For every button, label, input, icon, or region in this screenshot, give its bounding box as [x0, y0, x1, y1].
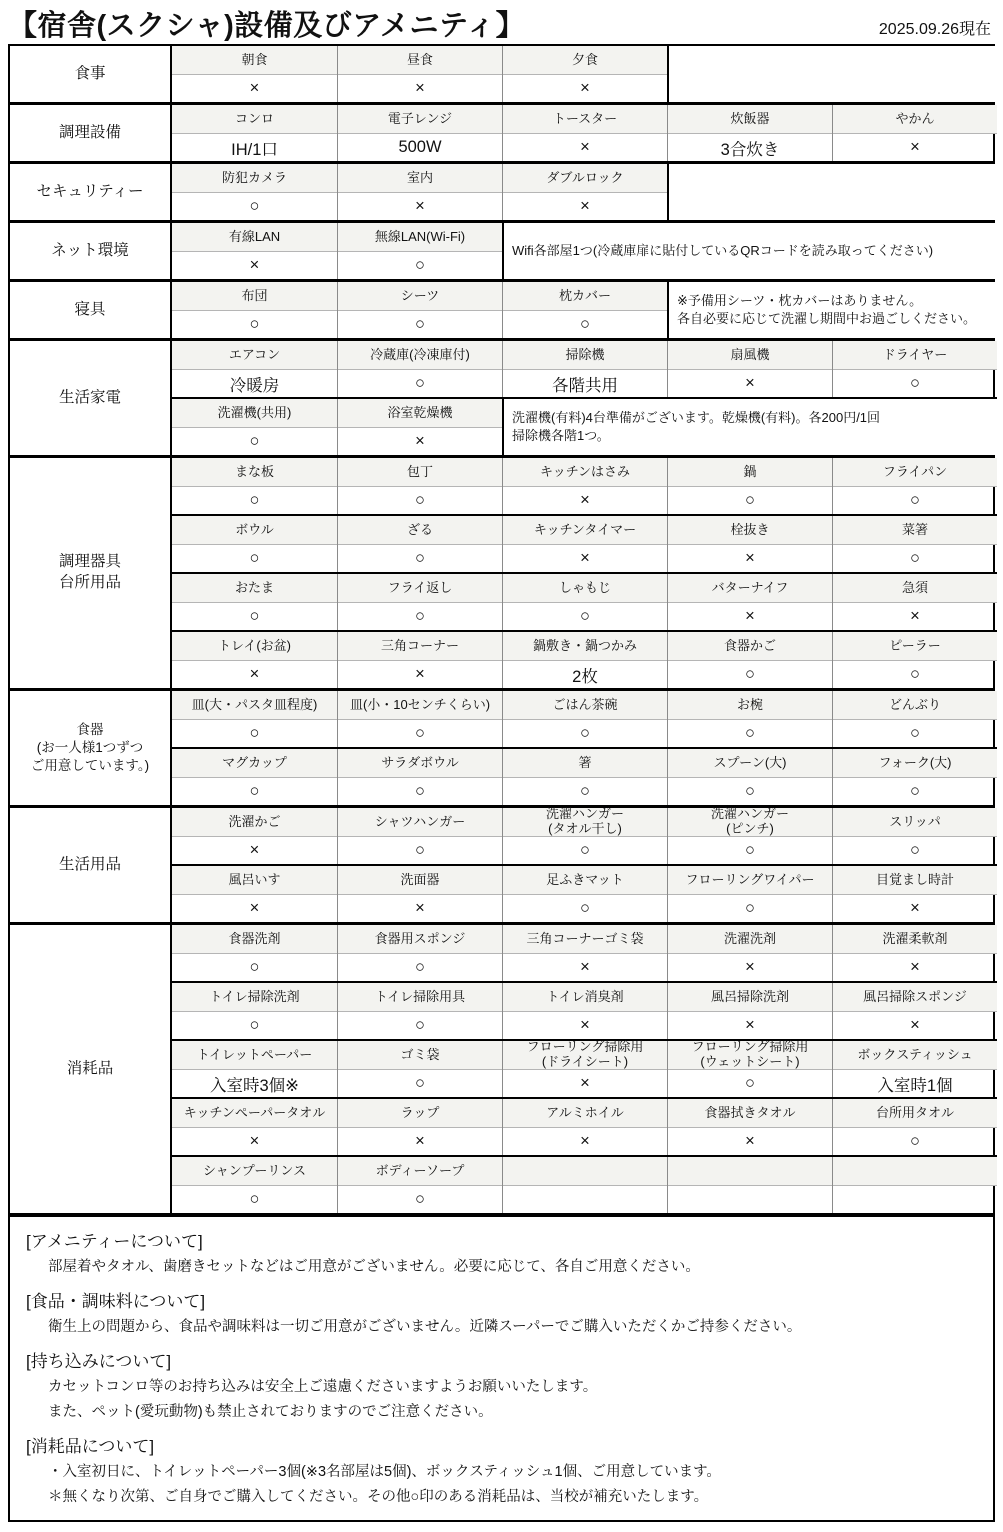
- item-column: トイレ掃除洗剤○: [172, 983, 337, 1039]
- item-value-cell: 各階共用: [503, 370, 667, 397]
- item-column: 洗濯洗剤×: [667, 925, 832, 981]
- category-cell: 生活家電: [10, 341, 172, 455]
- section-body: 皿(大・パスタ皿程度)○皿(小・10センチくらい)○ごはん茶碗○お椀○どんぶり○…: [172, 691, 997, 805]
- category-cell: 食器 (お一人様1つずつ ご用意しています。): [10, 691, 172, 805]
- item-value-cell: ○: [338, 1012, 502, 1039]
- item-column: 夕食×: [502, 46, 667, 102]
- item-value-cell: IH/1口: [172, 134, 337, 161]
- item-column: 炊飯器3合炊き: [667, 105, 832, 161]
- item-label-cell: 風呂掃除洗剤: [668, 983, 832, 1012]
- item-value-cell: ×: [668, 603, 832, 630]
- item-value-cell: ○: [172, 193, 337, 220]
- item-value-cell: ○: [172, 311, 337, 338]
- item-row-pair: トイレ掃除洗剤○トイレ掃除用具○トイレ消臭剤×風呂掃除洗剤×風呂掃除スポンジ×: [172, 981, 997, 1039]
- item-column: ピーラー○: [832, 632, 997, 688]
- item-label-cell: ざる: [338, 516, 502, 545]
- item-column: アルミホイル×: [502, 1099, 667, 1155]
- section-body: エアコン冷暖房冷蔵庫(冷凍庫付)○掃除機各階共用扇風機×ドライヤー○洗濯機(共用…: [172, 341, 997, 455]
- item-label-cell: 洗濯かご: [172, 808, 337, 837]
- item-row-pair: 防犯カメラ○室内×ダブルロック×: [172, 164, 997, 220]
- item-label-cell: [668, 1157, 832, 1186]
- item-label-cell: 台所用タオル: [833, 1099, 997, 1128]
- item-column: [667, 1157, 832, 1213]
- item-value-cell: ○: [503, 837, 667, 864]
- section-body: 朝食×昼食×夕食×: [172, 46, 997, 102]
- item-value-cell: [503, 1186, 667, 1213]
- item-value-cell: ○: [668, 837, 832, 864]
- item-column: ざる○: [337, 516, 502, 572]
- item-value-cell: ○: [503, 311, 667, 338]
- item-value-cell: ×: [503, 487, 667, 514]
- item-label-cell: サラダボウル: [338, 749, 502, 778]
- item-column: お椀○: [667, 691, 832, 747]
- item-columns: エアコン冷暖房冷蔵庫(冷凍庫付)○掃除機各階共用扇風機×ドライヤー○: [172, 341, 997, 397]
- item-label-cell: マグカップ: [172, 749, 337, 778]
- item-value-cell: ×: [833, 134, 997, 161]
- item-value-cell: ○: [172, 1186, 337, 1213]
- item-label-cell: フォーク(大): [833, 749, 997, 778]
- note-line: 衛生上の問題から、食品や調味料は一切ご用意がございません。近隣スーパーでご購入い…: [48, 1317, 977, 1338]
- item-column: 食器拭きタオル×: [667, 1099, 832, 1155]
- item-value-cell: ×: [503, 954, 667, 981]
- merged-note-cell: [667, 164, 997, 220]
- item-value-cell: ×: [833, 603, 997, 630]
- item-label-cell: 洗濯洗剤: [668, 925, 832, 954]
- merged-note-cell: ※予備用シーツ・枕カバーはありません。各自必要に応じて洗濯し期間中お過ごしくださ…: [667, 282, 997, 338]
- item-row-pair: シャンプーリンス○ボディーソープ○: [172, 1155, 997, 1213]
- item-column: 包丁○: [337, 458, 502, 514]
- item-value-cell: ○: [833, 487, 997, 514]
- item-label-cell: ダブルロック: [503, 164, 667, 193]
- item-row-pair: エアコン冷暖房冷蔵庫(冷凍庫付)○掃除機各階共用扇風機×ドライヤー○: [172, 341, 997, 397]
- item-value-cell: ×: [338, 428, 502, 455]
- item-label-cell: 足ふきマット: [503, 866, 667, 895]
- item-columns: まな板○包丁○キッチンはさみ×鍋○フライパン○: [172, 458, 997, 514]
- item-columns: コンロIH/1口電子レンジ500Wトースター×炊飯器3合炊きやかん×: [172, 105, 997, 161]
- item-value-cell: ×: [338, 1128, 502, 1155]
- item-value-cell: 2枚: [503, 661, 667, 688]
- item-value-cell: ○: [338, 720, 502, 747]
- item-column: トイレットペーパー入室時3個※: [172, 1041, 337, 1097]
- item-label-cell: エアコン: [172, 341, 337, 370]
- item-columns: 風呂いす×洗面器×足ふきマット○フローリングワイパー○目覚まし時計×: [172, 866, 997, 922]
- item-value-cell: 500W: [338, 134, 502, 161]
- item-column: トレイ(お盆)×: [172, 632, 337, 688]
- item-label-cell: [503, 1157, 667, 1186]
- item-value-cell: ○: [338, 603, 502, 630]
- item-value-cell: ×: [833, 895, 997, 922]
- table-section: 食事朝食×昼食×夕食×: [10, 46, 993, 102]
- item-label-cell: 無線LAN(Wi-Fi): [338, 223, 502, 252]
- merged-note-line: 洗濯機(有料)4台準備がございます。乾燥機(有料)。各200円/1回: [512, 409, 989, 427]
- item-columns: 布団○シーツ○枕カバー○: [172, 282, 667, 338]
- item-column: やかん×: [832, 105, 997, 161]
- item-column: 電子レンジ500W: [337, 105, 502, 161]
- item-value-cell: ○: [668, 778, 832, 805]
- item-value-cell: 入室時1個: [833, 1070, 997, 1097]
- item-column: 洗濯かご×: [172, 808, 337, 864]
- item-label-cell: ゴミ袋: [338, 1041, 502, 1070]
- item-column: ごはん茶碗○: [502, 691, 667, 747]
- item-column: 洗濯ハンガー (タオル干し)○: [502, 808, 667, 864]
- item-row-pair: 食器洗剤○食器用スポンジ○三角コーナーゴミ袋×洗濯洗剤×洗濯柔軟剤×: [172, 925, 997, 981]
- item-label-cell: トイレ消臭剤: [503, 983, 667, 1012]
- item-label-cell: ボディーソープ: [338, 1157, 502, 1186]
- item-value-cell: ×: [172, 661, 337, 688]
- item-label-cell: 風呂いす: [172, 866, 337, 895]
- item-row-pair: 洗濯機(共用)○浴室乾燥機×洗濯機(有料)4台準備がございます。乾燥機(有料)。…: [172, 397, 997, 455]
- item-column: しゃもじ○: [502, 574, 667, 630]
- item-value-cell: ○: [172, 428, 337, 455]
- item-label-cell: [833, 1157, 997, 1186]
- item-column: 風呂いす×: [172, 866, 337, 922]
- item-value-cell: ×: [172, 895, 337, 922]
- item-column: 風呂掃除スポンジ×: [832, 983, 997, 1039]
- merged-note-line: 各自必要に応じて洗濯し期間中お過ごしください。: [677, 310, 989, 328]
- item-value-cell: ○: [503, 778, 667, 805]
- item-column: フライ返し○: [337, 574, 502, 630]
- item-value-cell: ○: [338, 1186, 502, 1213]
- item-value-cell: [833, 1186, 997, 1213]
- item-row-pair: まな板○包丁○キッチンはさみ×鍋○フライパン○: [172, 458, 997, 514]
- item-label-cell: 目覚まし時計: [833, 866, 997, 895]
- item-value-cell: ×: [503, 1128, 667, 1155]
- item-label-cell: バターナイフ: [668, 574, 832, 603]
- item-label-cell: アルミホイル: [503, 1099, 667, 1128]
- item-label-cell: しゃもじ: [503, 574, 667, 603]
- item-column: 朝食×: [172, 46, 337, 102]
- item-column: 冷蔵庫(冷凍庫付)○: [337, 341, 502, 397]
- item-value-cell: ×: [503, 545, 667, 572]
- item-label-cell: トレイ(お盆): [172, 632, 337, 661]
- item-value-cell: ○: [503, 603, 667, 630]
- item-column: 有線LAN×: [172, 223, 337, 279]
- item-row-pair: ボウル○ざる○キッチンタイマー×栓抜き×菜箸○: [172, 514, 997, 572]
- note-block: [食品・調味料について]衛生上の問題から、食品や調味料は一切ご用意がございません…: [26, 1291, 977, 1338]
- item-column: スプーン(大)○: [667, 749, 832, 805]
- item-label-cell: 皿(大・パスタ皿程度): [172, 691, 337, 720]
- item-column: 三角コーナーゴミ袋×: [502, 925, 667, 981]
- item-label-cell: 朝食: [172, 46, 337, 75]
- section-body: 洗濯かご×シャツハンガー○洗濯ハンガー (タオル干し)○洗濯ハンガー (ピンチ)…: [172, 808, 997, 922]
- item-label-cell: 扇風機: [668, 341, 832, 370]
- item-label-cell: トイレ掃除用具: [338, 983, 502, 1012]
- item-value-cell: ○: [172, 778, 337, 805]
- merged-note-cell: Wifi各部屋1つ(冷蔵庫扉に貼付しているQRコードを読み取ってください): [502, 223, 997, 279]
- item-label-cell: 有線LAN: [172, 223, 337, 252]
- item-value-cell: ○: [338, 311, 502, 338]
- note-line: また、ペット(愛玩動物)も禁止されておりますのでご注意ください。: [48, 1402, 977, 1423]
- item-column: 洗濯柔軟剤×: [832, 925, 997, 981]
- item-value-cell: ×: [503, 1012, 667, 1039]
- item-column: 皿(大・パスタ皿程度)○: [172, 691, 337, 747]
- item-label-cell: シャツハンガー: [338, 808, 502, 837]
- item-label-cell: シーツ: [338, 282, 502, 311]
- note-block: [消耗品について]・入室初日に、トイレットペーパー3個(※3名部屋は5個)、ボッ…: [26, 1436, 977, 1508]
- item-value-cell: ○: [668, 487, 832, 514]
- item-value-cell: ×: [172, 252, 337, 279]
- merged-note-line: 掃除機各階1つ。: [512, 427, 989, 445]
- item-column: 台所用タオル○: [832, 1099, 997, 1155]
- item-column: 急須×: [832, 574, 997, 630]
- item-columns: 有線LAN×無線LAN(Wi-Fi)○: [172, 223, 502, 279]
- item-column: 浴室乾燥機×: [337, 399, 502, 455]
- item-columns: 防犯カメラ○室内×ダブルロック×: [172, 164, 667, 220]
- category-cell: 調理器具 台所用品: [10, 458, 172, 688]
- item-value-cell: ○: [172, 603, 337, 630]
- item-value-cell: ×: [668, 370, 832, 397]
- item-columns: トイレ掃除洗剤○トイレ掃除用具○トイレ消臭剤×風呂掃除洗剤×風呂掃除スポンジ×: [172, 983, 997, 1039]
- item-column: トイレ掃除用具○: [337, 983, 502, 1039]
- item-label-cell: フローリング掃除用 (ウェットシート): [668, 1041, 832, 1070]
- item-label-cell: 室内: [338, 164, 502, 193]
- item-column: 栓抜き×: [667, 516, 832, 572]
- item-value-cell: ×: [668, 545, 832, 572]
- category-cell: 食事: [10, 46, 172, 102]
- item-column: 掃除機各階共用: [502, 341, 667, 397]
- item-columns: トイレットペーパー入室時3個※ゴミ袋○フローリング掃除用 (ドライシート)×フロ…: [172, 1041, 997, 1097]
- item-value-cell: ○: [338, 837, 502, 864]
- item-value-cell: ○: [833, 661, 997, 688]
- item-column: [832, 1157, 997, 1213]
- item-column: トースター×: [502, 105, 667, 161]
- item-label-cell: 食器拭きタオル: [668, 1099, 832, 1128]
- item-value-cell: 冷暖房: [172, 370, 337, 397]
- item-column: バターナイフ×: [667, 574, 832, 630]
- item-column: フォーク(大)○: [832, 749, 997, 805]
- item-column: 昼食×: [337, 46, 502, 102]
- item-label-cell: 風呂掃除スポンジ: [833, 983, 997, 1012]
- item-column: 目覚まし時計×: [832, 866, 997, 922]
- item-column: エアコン冷暖房: [172, 341, 337, 397]
- item-columns: シャンプーリンス○ボディーソープ○: [172, 1157, 997, 1213]
- item-label-cell: 冷蔵庫(冷凍庫付): [338, 341, 502, 370]
- table-section: 生活用品洗濯かご×シャツハンガー○洗濯ハンガー (タオル干し)○洗濯ハンガー (…: [10, 805, 993, 922]
- item-label-cell: スプーン(大): [668, 749, 832, 778]
- item-value-cell: 入室時3個※: [172, 1070, 337, 1097]
- item-value-cell: [668, 1186, 832, 1213]
- item-label-cell: 電子レンジ: [338, 105, 502, 134]
- item-column: シャンプーリンス○: [172, 1157, 337, 1213]
- merged-note-line: Wifi各部屋1つ(冷蔵庫扉に貼付しているQRコードを読み取ってください): [512, 242, 989, 260]
- item-column: フライパン○: [832, 458, 997, 514]
- item-value-cell: ○: [172, 1012, 337, 1039]
- item-column: 無線LAN(Wi-Fi)○: [337, 223, 502, 279]
- section-body: 有線LAN×無線LAN(Wi-Fi)○Wifi各部屋1つ(冷蔵庫扉に貼付している…: [172, 223, 997, 279]
- item-column: どんぶり○: [832, 691, 997, 747]
- item-value-cell: ○: [338, 252, 502, 279]
- table-section: 調理器具 台所用品まな板○包丁○キッチンはさみ×鍋○フライパン○ボウル○ざる○キ…: [10, 455, 993, 688]
- note-line: ・入室初日に、トイレットペーパー3個(※3名部屋は5個)、ボックスティッシュ1個…: [48, 1462, 977, 1483]
- item-column: ダブルロック×: [502, 164, 667, 220]
- item-column: ゴミ袋○: [337, 1041, 502, 1097]
- item-column: フローリング掃除用 (ウェットシート)○: [667, 1041, 832, 1097]
- item-value-cell: ×: [503, 75, 667, 102]
- note-line: 部屋着やタオル、歯磨きセットなどはご用意がございません。必要に応じて、各自ご用意…: [48, 1257, 977, 1278]
- item-value-cell: ○: [338, 778, 502, 805]
- merged-note-line: ※予備用シーツ・枕カバーはありません。: [677, 292, 989, 310]
- item-label-cell: フライパン: [833, 458, 997, 487]
- item-column: 枕カバー○: [502, 282, 667, 338]
- item-value-cell: ○: [503, 720, 667, 747]
- item-label-cell: ボウル: [172, 516, 337, 545]
- item-label-cell: 防犯カメラ: [172, 164, 337, 193]
- item-label-cell: 菜箸: [833, 516, 997, 545]
- item-label-cell: フライ返し: [338, 574, 502, 603]
- item-label-cell: キッチンペーパータオル: [172, 1099, 337, 1128]
- item-row-pair: おたま○フライ返し○しゃもじ○バターナイフ×急須×: [172, 572, 997, 630]
- item-column: キッチンタイマー×: [502, 516, 667, 572]
- notes-box: [アメニティーについて]部屋着やタオル、歯磨きセットなどはご用意がございません。…: [8, 1215, 995, 1522]
- item-label-cell: 夕食: [503, 46, 667, 75]
- item-label-cell: 食器用スポンジ: [338, 925, 502, 954]
- table-section: 消耗品食器洗剤○食器用スポンジ○三角コーナーゴミ袋×洗濯洗剤×洗濯柔軟剤×トイレ…: [10, 922, 993, 1213]
- item-label-cell: シャンプーリンス: [172, 1157, 337, 1186]
- item-column: トイレ消臭剤×: [502, 983, 667, 1039]
- item-row-pair: トレイ(お盆)×三角コーナー×鍋敷き・鍋つかみ2枚食器かご○ピーラー○: [172, 630, 997, 688]
- item-columns: 皿(大・パスタ皿程度)○皿(小・10センチくらい)○ごはん茶碗○お椀○どんぶり○: [172, 691, 997, 747]
- item-label-cell: ドライヤー: [833, 341, 997, 370]
- item-label-cell: 洗濯機(共用): [172, 399, 337, 428]
- item-value-cell: ○: [338, 545, 502, 572]
- item-row-pair: トイレットペーパー入室時3個※ゴミ袋○フローリング掃除用 (ドライシート)×フロ…: [172, 1039, 997, 1097]
- item-columns: おたま○フライ返し○しゃもじ○バターナイフ×急須×: [172, 574, 997, 630]
- note-heading: [持ち込みについて]: [26, 1351, 977, 1373]
- item-column: 三角コーナー×: [337, 632, 502, 688]
- item-columns: キッチンペーパータオル×ラップ×アルミホイル×食器拭きタオル×台所用タオル○: [172, 1099, 997, 1155]
- note-line: ＊無くなり次第、ご自身でご購入してください。その他○印のある消耗品は、当校が補充…: [48, 1487, 977, 1508]
- category-cell: 寝具: [10, 282, 172, 338]
- item-label-cell: 布団: [172, 282, 337, 311]
- item-value-cell: ○: [172, 545, 337, 572]
- item-label-cell: 掃除機: [503, 341, 667, 370]
- title-bar: 【宿舎(スクシャ)設備及びアメニティ】 2025.09.26現在: [0, 0, 1003, 42]
- item-row-pair: コンロIH/1口電子レンジ500Wトースター×炊飯器3合炊きやかん×: [172, 105, 997, 161]
- item-value-cell: ○: [668, 1070, 832, 1097]
- item-label-cell: どんぶり: [833, 691, 997, 720]
- item-label-cell: やかん: [833, 105, 997, 134]
- item-columns: トレイ(お盆)×三角コーナー×鍋敷き・鍋つかみ2枚食器かご○ピーラー○: [172, 632, 997, 688]
- item-label-cell: 食器かご: [668, 632, 832, 661]
- item-label-cell: スリッパ: [833, 808, 997, 837]
- item-label-cell: 鍋: [668, 458, 832, 487]
- table-section: 生活家電エアコン冷暖房冷蔵庫(冷凍庫付)○掃除機各階共用扇風機×ドライヤー○洗濯…: [10, 338, 993, 455]
- item-label-cell: 箸: [503, 749, 667, 778]
- item-column: シャツハンガー○: [337, 808, 502, 864]
- item-column: ドライヤー○: [832, 341, 997, 397]
- item-column: 室内×: [337, 164, 502, 220]
- item-row-pair: 洗濯かご×シャツハンガー○洗濯ハンガー (タオル干し)○洗濯ハンガー (ピンチ)…: [172, 808, 997, 864]
- table-section: 調理設備コンロIH/1口電子レンジ500Wトースター×炊飯器3合炊きやかん×: [10, 102, 993, 161]
- item-label-cell: キッチンタイマー: [503, 516, 667, 545]
- item-value-cell: ×: [338, 75, 502, 102]
- section-body: コンロIH/1口電子レンジ500Wトースター×炊飯器3合炊きやかん×: [172, 105, 997, 161]
- item-column: コンロIH/1口: [172, 105, 337, 161]
- item-value-cell: ○: [338, 370, 502, 397]
- item-label-cell: 洗濯柔軟剤: [833, 925, 997, 954]
- item-column: まな板○: [172, 458, 337, 514]
- item-column: キッチンペーパータオル×: [172, 1099, 337, 1155]
- item-row-pair: 皿(大・パスタ皿程度)○皿(小・10センチくらい)○ごはん茶碗○お椀○どんぶり○: [172, 691, 997, 747]
- item-column: 鍋敷き・鍋つかみ2枚: [502, 632, 667, 688]
- item-column: ボディーソープ○: [337, 1157, 502, 1213]
- item-columns: 洗濯機(共用)○浴室乾燥機×: [172, 399, 502, 455]
- item-label-cell: 炊飯器: [668, 105, 832, 134]
- note-heading: [アメニティーについて]: [26, 1231, 977, 1253]
- item-value-cell: ×: [833, 954, 997, 981]
- item-label-cell: トイレ掃除洗剤: [172, 983, 337, 1012]
- item-value-cell: ×: [172, 75, 337, 102]
- date-label: 2025.09.26現在: [879, 22, 991, 41]
- item-label-cell: ピーラー: [833, 632, 997, 661]
- item-label-cell: 浴室乾燥機: [338, 399, 502, 428]
- item-column: フローリングワイパー○: [667, 866, 832, 922]
- item-label-cell: ボックスティッシュ: [833, 1041, 997, 1070]
- item-value-cell: ×: [338, 895, 502, 922]
- item-column: ボウル○: [172, 516, 337, 572]
- item-label-cell: お椀: [668, 691, 832, 720]
- section-body: 布団○シーツ○枕カバー○※予備用シーツ・枕カバーはありません。各自必要に応じて洗…: [172, 282, 997, 338]
- merged-note-cell: 洗濯機(有料)4台準備がございます。乾燥機(有料)。各200円/1回掃除機各階1…: [502, 399, 997, 455]
- item-column: ボックスティッシュ入室時1個: [832, 1041, 997, 1097]
- item-value-cell: ○: [338, 1070, 502, 1097]
- item-value-cell: ×: [833, 1012, 997, 1039]
- item-value-cell: ○: [668, 661, 832, 688]
- item-value-cell: ×: [172, 1128, 337, 1155]
- section-body: 防犯カメラ○室内×ダブルロック×: [172, 164, 997, 220]
- item-column: ラップ×: [337, 1099, 502, 1155]
- item-value-cell: ○: [833, 720, 997, 747]
- item-label-cell: 三角コーナーゴミ袋: [503, 925, 667, 954]
- note-line: カセットコンロ等のお持ち込みは安全上ご遠慮くださいますようお願いいたします。: [48, 1377, 977, 1398]
- item-label-cell: 食器洗剤: [172, 925, 337, 954]
- item-column: 食器かご○: [667, 632, 832, 688]
- item-column: 皿(小・10センチくらい)○: [337, 691, 502, 747]
- item-label-cell: 皿(小・10センチくらい): [338, 691, 502, 720]
- item-label-cell: フローリング掃除用 (ドライシート): [503, 1041, 667, 1070]
- item-label-cell: まな板: [172, 458, 337, 487]
- table-section: 食器 (お一人様1つずつ ご用意しています。)皿(大・パスタ皿程度)○皿(小・1…: [10, 688, 993, 805]
- item-label-cell: おたま: [172, 574, 337, 603]
- item-value-cell: ○: [172, 954, 337, 981]
- item-column: 防犯カメラ○: [172, 164, 337, 220]
- item-value-cell: 3合炊き: [668, 134, 832, 161]
- note-heading: [食品・調味料について]: [26, 1291, 977, 1313]
- item-value-cell: ○: [833, 1128, 997, 1155]
- item-value-cell: ×: [172, 837, 337, 864]
- item-value-cell: ○: [668, 720, 832, 747]
- item-value-cell: ○: [338, 954, 502, 981]
- item-label-cell: 栓抜き: [668, 516, 832, 545]
- item-label-cell: 鍋敷き・鍋つかみ: [503, 632, 667, 661]
- item-label-cell: フローリングワイパー: [668, 866, 832, 895]
- section-body: 食器洗剤○食器用スポンジ○三角コーナーゴミ袋×洗濯洗剤×洗濯柔軟剤×トイレ掃除洗…: [172, 925, 997, 1213]
- item-label-cell: コンロ: [172, 105, 337, 134]
- item-value-cell: ○: [503, 895, 667, 922]
- item-label-cell: 三角コーナー: [338, 632, 502, 661]
- item-label-cell: キッチンはさみ: [503, 458, 667, 487]
- item-column: 足ふきマット○: [502, 866, 667, 922]
- item-value-cell: ×: [338, 193, 502, 220]
- item-value-cell: ×: [668, 1128, 832, 1155]
- item-value-cell: ○: [833, 778, 997, 805]
- item-column: 鍋○: [667, 458, 832, 514]
- item-columns: 食器洗剤○食器用スポンジ○三角コーナーゴミ袋×洗濯洗剤×洗濯柔軟剤×: [172, 925, 997, 981]
- item-column: 風呂掃除洗剤×: [667, 983, 832, 1039]
- item-label-cell: 洗濯ハンガー (ピンチ): [668, 808, 832, 837]
- item-label-cell: トイレットペーパー: [172, 1041, 337, 1070]
- item-value-cell: ○: [172, 487, 337, 514]
